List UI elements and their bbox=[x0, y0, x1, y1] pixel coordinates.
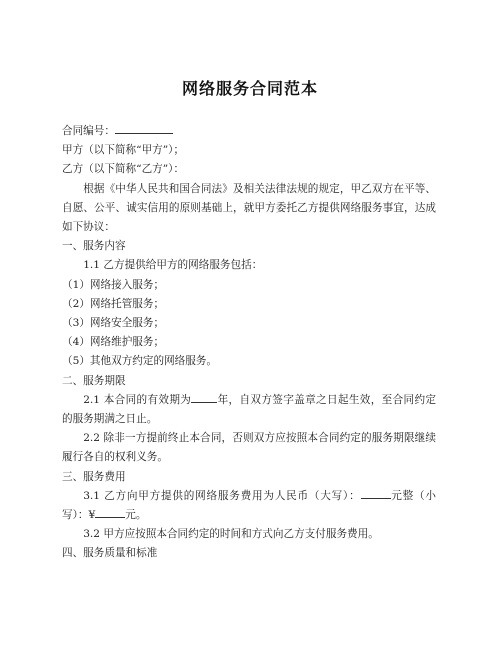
term-years-blank[interactable] bbox=[191, 391, 217, 403]
clause-2-1: 2.1 本合同的有效期为年，自双方签字盖章之日起生效，至合同约定的服务期满之日止… bbox=[62, 391, 436, 429]
clause-3-1: 3.1 乙方向甲方提供的网络服务费用为人民币（大写）：元整（小写）：¥元。 bbox=[62, 487, 436, 525]
section-1-heading: 一、服务内容 bbox=[62, 237, 436, 256]
section-2-heading: 二、服务期限 bbox=[62, 372, 436, 391]
party-a-line: 甲方（以下简称“甲方”）； bbox=[62, 141, 436, 160]
party-b-line: 乙方（以下简称“乙方”）： bbox=[62, 160, 436, 179]
document-page: 网络服务合同范本 合同编号： 甲方（以下简称“甲方”）； 乙方（以下简称“乙方”… bbox=[0, 0, 500, 647]
clause-1-1: 1.1 乙方提供给甲方的网络服务包括： bbox=[62, 256, 436, 275]
service-item-2: （2）网络托管服务； bbox=[62, 295, 436, 314]
service-item-3: （3）网络安全服务； bbox=[62, 314, 436, 333]
clause-3-1-text-a: 3.1 乙方向甲方提供的网络服务费用为人民币（大写）： bbox=[83, 490, 360, 502]
fee-numeric-blank[interactable] bbox=[95, 506, 125, 518]
contract-number-blank[interactable] bbox=[115, 122, 173, 134]
service-item-1: （1）网络接入服务； bbox=[62, 276, 436, 295]
service-item-4: （4）网络维护服务； bbox=[62, 333, 436, 352]
preamble-paragraph: 根据《中华人民共和国合同法》及相关法律法规的规定，甲乙双方在平等、自愿、公平、诚… bbox=[62, 180, 436, 238]
document-body: 合同编号： 甲方（以下简称“甲方”）； 乙方（以下简称“乙方”）： 根据《中华人… bbox=[62, 122, 436, 564]
section-4-heading: 四、服务质量和标准 bbox=[62, 544, 436, 563]
clause-3-1-text-d: 元。 bbox=[125, 509, 146, 521]
document-title: 网络服务合同范本 bbox=[0, 76, 500, 99]
clause-2-2: 2.2 除非一方提前终止本合同，否则双方应按照本合同约定的服务期限继续履行各自的… bbox=[62, 429, 436, 467]
service-item-5: （5）其他双方约定的网络服务。 bbox=[62, 352, 436, 371]
section-3-heading: 三、服务费用 bbox=[62, 468, 436, 487]
yuan-symbol: ¥ bbox=[88, 509, 95, 521]
clause-3-2: 3.2 甲方应按照本合同约定的时间和方式向乙方支付服务费用。 bbox=[62, 525, 436, 544]
contract-number-label: 合同编号： bbox=[62, 125, 115, 137]
contract-number-line: 合同编号： bbox=[62, 122, 436, 141]
fee-uppercase-blank[interactable] bbox=[361, 487, 391, 499]
clause-2-1-text-a: 2.1 本合同的有效期为 bbox=[83, 394, 191, 406]
